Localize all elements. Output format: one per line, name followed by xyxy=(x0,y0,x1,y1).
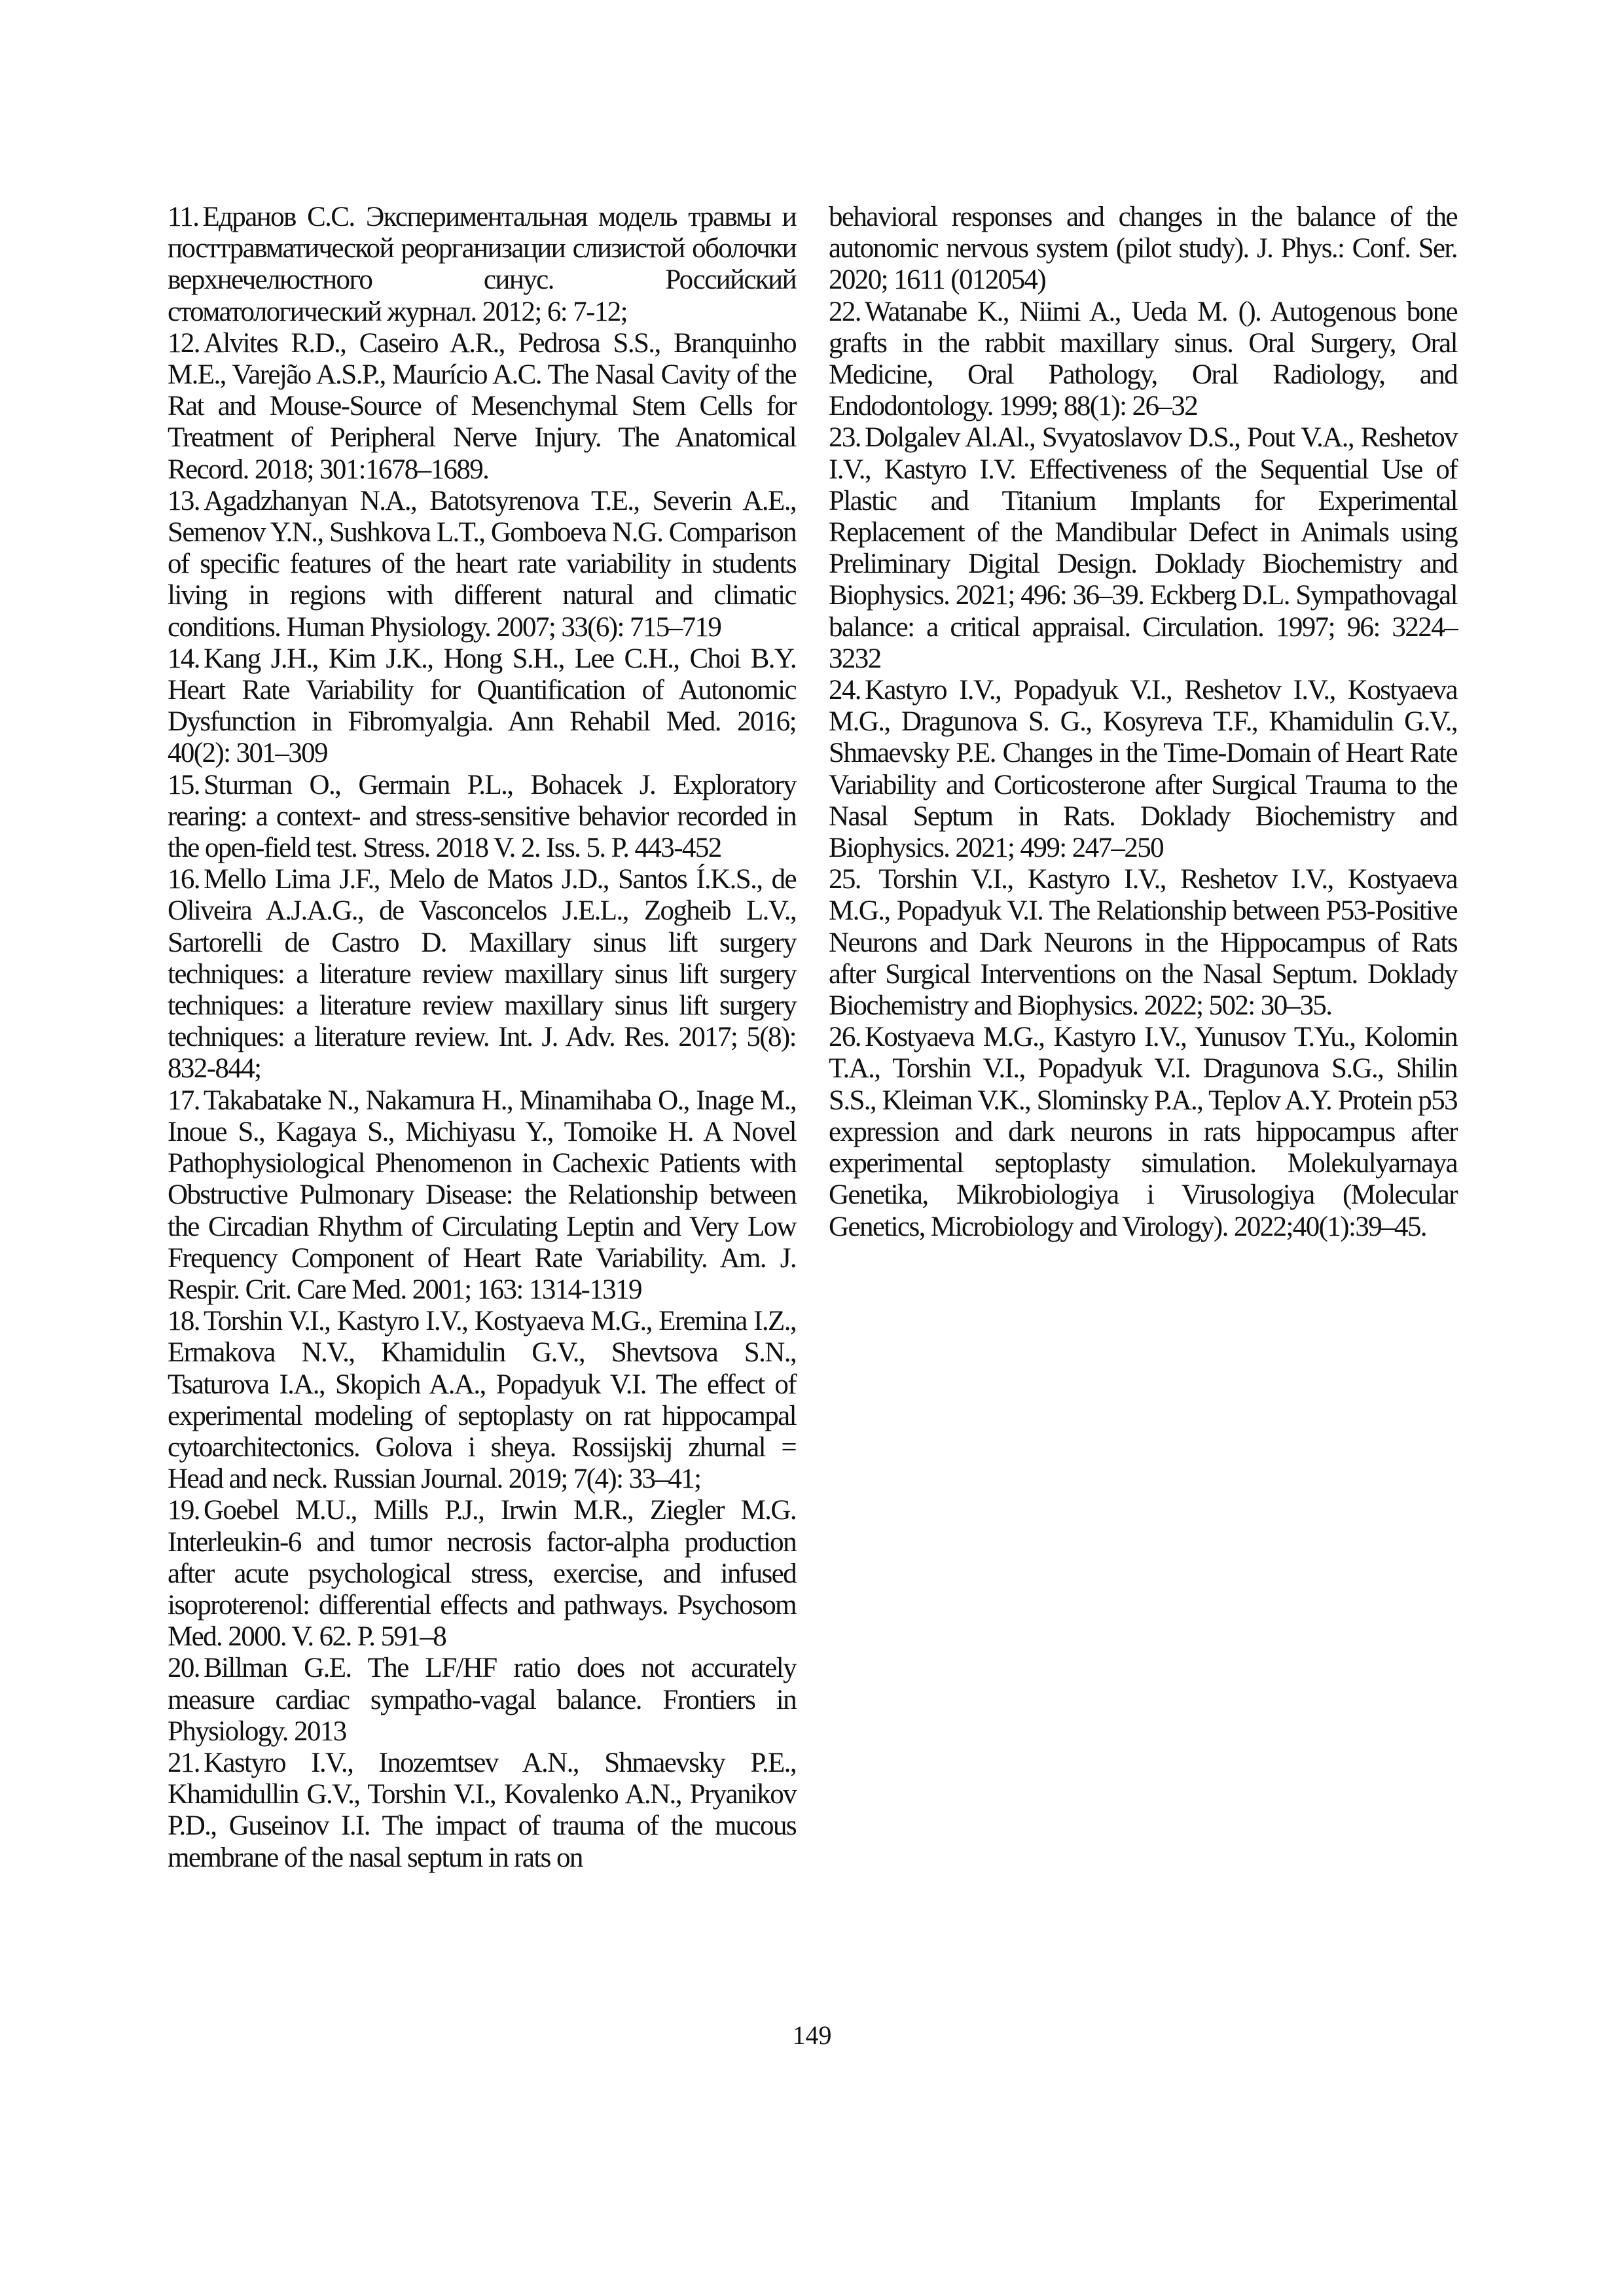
reference-item-22: 22.Watanabe K., Niimi A., Ueda M. (). Au… xyxy=(829,296,1457,423)
reference-item-21: 21.Kastyro I.V., Inozemtsev A.N., Shmaev… xyxy=(168,1748,796,1874)
reference-text: Kostyaeva M.G., Kastyro I.V., Yunusov T.… xyxy=(829,1022,1457,1242)
reference-text: Sturman O., Germain P.L., Bohacek J. Exp… xyxy=(168,770,796,863)
reference-text: Takabatake N., Nakamura H., Minamihaba O… xyxy=(168,1085,796,1305)
reference-number: 24. xyxy=(829,675,861,706)
reference-text: behavioral responses and changes in the … xyxy=(829,202,1457,295)
reference-text: Billman G.E. The LF/HF ratio does not ac… xyxy=(168,1653,796,1746)
reference-number: 12. xyxy=(168,328,200,359)
reference-item-21-continued: behavioral responses and changes in the … xyxy=(829,202,1457,296)
reference-text: Dolgalev Al.Al., Svyatoslavov D.S., Pout… xyxy=(829,422,1457,673)
reference-text: Torshin V.I., Kastyro I.V., Reshetov I.V… xyxy=(829,864,1457,1021)
references-left-column: 11.Едранов С.С. Экспериментальная модель… xyxy=(168,202,796,1874)
reference-number: 13. xyxy=(168,486,200,516)
reference-number: 17. xyxy=(168,1085,200,1116)
reference-number: 26. xyxy=(829,1022,861,1052)
reference-item-23: 23.Dolgalev Al.Al., Svyatoslavov D.S., P… xyxy=(829,422,1457,675)
reference-number: 19. xyxy=(168,1495,200,1526)
reference-number: 20. xyxy=(168,1653,200,1683)
reference-text: Kastyro I.V., Inozemtsev A.N., Shmaevsky… xyxy=(168,1748,796,1873)
reference-item-24: 24.Kastyro I.V., Popadyuk V.I., Reshetov… xyxy=(829,675,1457,864)
reference-item-15: 15.Sturman O., Germain P.L., Bohacek J. … xyxy=(168,770,796,865)
reference-text: Goebel M.U., Mills P.J., Irwin M.R., Zie… xyxy=(168,1495,796,1652)
reference-number: 18. xyxy=(168,1306,200,1336)
reference-text: Alvites R.D., Caseiro A.R., Pedrosa S.S.… xyxy=(168,328,796,485)
reference-number: 21. xyxy=(168,1748,200,1778)
reference-text: Mello Lima J.F., Melo de Matos J.D., San… xyxy=(168,864,796,1084)
reference-item-11: 11.Едранов С.С. Экспериментальная модель… xyxy=(168,202,796,328)
reference-text: Едранов С.С. Экспериментальная модель тр… xyxy=(168,202,796,327)
reference-number: 16. xyxy=(168,864,200,895)
reference-text: Agadzhanyan N.A., Batotsyrenova T.E., Se… xyxy=(168,486,796,643)
reference-text: Kastyro I.V., Popadyuk V.I., Reshetov I.… xyxy=(829,675,1457,863)
reference-text: Kang J.H., Kim J.K., Hong S.H., Lee C.H.… xyxy=(168,643,796,769)
reference-text: Watanabe K., Niimi A., Ueda M. (). Autog… xyxy=(829,296,1457,422)
reference-item-25: 25. Torshin V.I., Kastyro I.V., Reshetov… xyxy=(829,864,1457,1022)
reference-item-13: 13.Agadzhanyan N.A., Batotsyrenova T.E.,… xyxy=(168,486,796,643)
reference-number: 11. xyxy=(168,202,198,232)
page-number: 149 xyxy=(0,2020,1624,2051)
reference-item-19: 19.Goebel M.U., Mills P.J., Irwin M.R., … xyxy=(168,1495,796,1653)
reference-item-17: 17.Takabatake N., Nakamura H., Minamihab… xyxy=(168,1085,796,1306)
reference-text: Torshin V.I., Kastyro I.V., Kostyaeva M.… xyxy=(168,1306,796,1494)
reference-number: 15. xyxy=(168,770,200,800)
reference-number: 23. xyxy=(829,422,861,453)
reference-item-26: 26.Kostyaeva M.G., Kastyro I.V., Yunusov… xyxy=(829,1022,1457,1242)
reference-item-20: 20.Billman G.E. The LF/HF ratio does not… xyxy=(168,1653,796,1748)
reference-item-18: 18.Torshin V.I., Kastyro I.V., Kostyaeva… xyxy=(168,1306,796,1495)
document-page: 11.Едранов С.С. Экспериментальная модель… xyxy=(0,0,1624,2296)
reference-number: 25. xyxy=(829,864,861,895)
reference-item-14: 14.Kang J.H., Kim J.K., Hong S.H., Lee C… xyxy=(168,643,796,770)
reference-item-12: 12.Alvites R.D., Caseiro A.R., Pedrosa S… xyxy=(168,328,796,486)
reference-item-16: 16.Mello Lima J.F., Melo de Matos J.D., … xyxy=(168,864,796,1085)
reference-number: 14. xyxy=(168,643,200,674)
references-right-column: behavioral responses and changes in the … xyxy=(829,202,1457,1243)
reference-number: 22. xyxy=(829,296,861,327)
